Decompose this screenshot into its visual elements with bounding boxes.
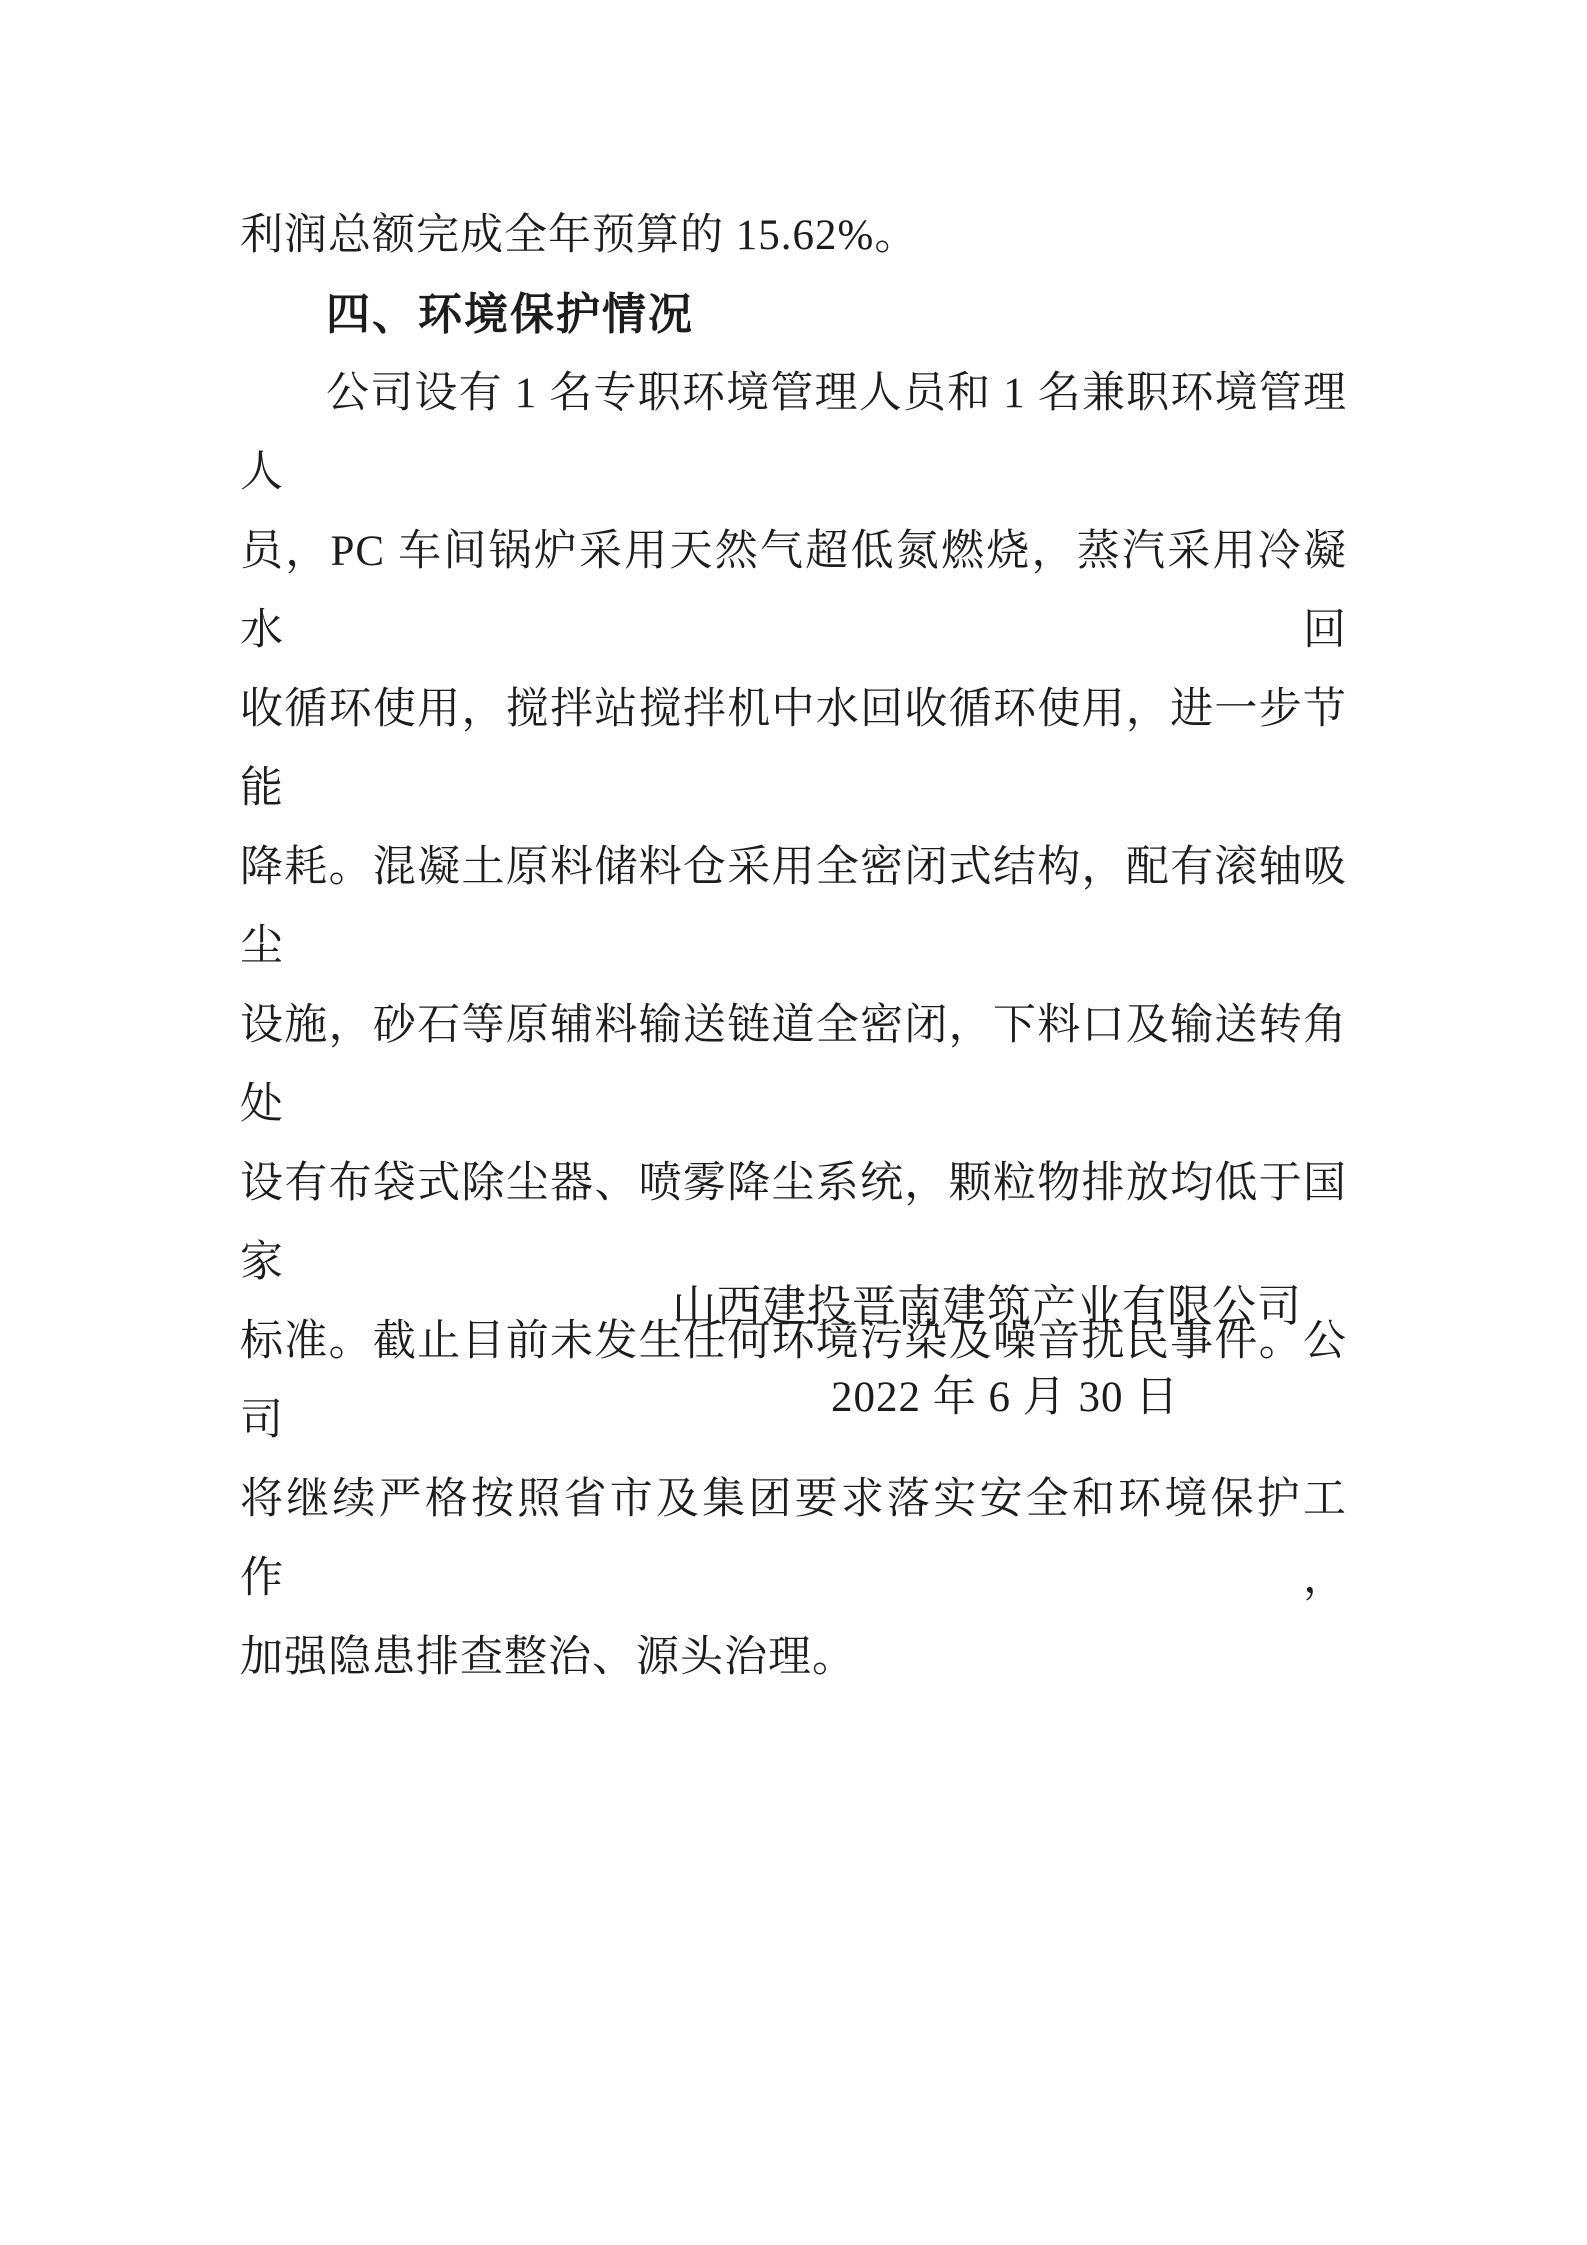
signature-date: 2022 年 6 月 30 日	[831, 1374, 1179, 1422]
paragraph-line: 降耗。混凝土原料储料仓采用全密闭式结构，配有滚轴吸尘	[240, 828, 1347, 986]
paragraph-line: 员，PC 车间锅炉采用天然气超低氮燃烧，蒸汽采用冷凝水回	[240, 512, 1347, 670]
document-page: 利润总额完成全年预算的 15.62%。 四、环境保护情况 公司设有 1 名专职环…	[0, 0, 1587, 2245]
paragraph-line: 加强隐患排查整治、源头治理。	[240, 1618, 1347, 1697]
paragraph-line: 收循环使用，搅拌站搅拌机中水回收循环使用，进一步节能	[240, 670, 1347, 828]
paragraph-line: 公司设有 1 名专职环境管理人员和 1 名兼职环境管理人	[240, 354, 1347, 512]
paragraph-line: 将继续严格按照省市及集团要求落实安全和环境保护工作，	[240, 1460, 1347, 1618]
document-body: 利润总额完成全年预算的 15.62%。 四、环境保护情况 公司设有 1 名专职环…	[240, 196, 1347, 1697]
paragraph-line: 设有布袋式除尘器、喷雾降尘系统，颗粒物排放均低于国家	[240, 1144, 1347, 1302]
signature-company: 山西建投晋南建筑产业有限公司	[672, 1283, 1302, 1331]
section-heading: 四、环境保护情况	[240, 275, 1347, 354]
intro-line: 利润总额完成全年预算的 15.62%。	[240, 196, 1347, 275]
paragraph-line: 设施，砂石等原辅料输送链道全密闭，下料口及输送转角处	[240, 986, 1347, 1144]
